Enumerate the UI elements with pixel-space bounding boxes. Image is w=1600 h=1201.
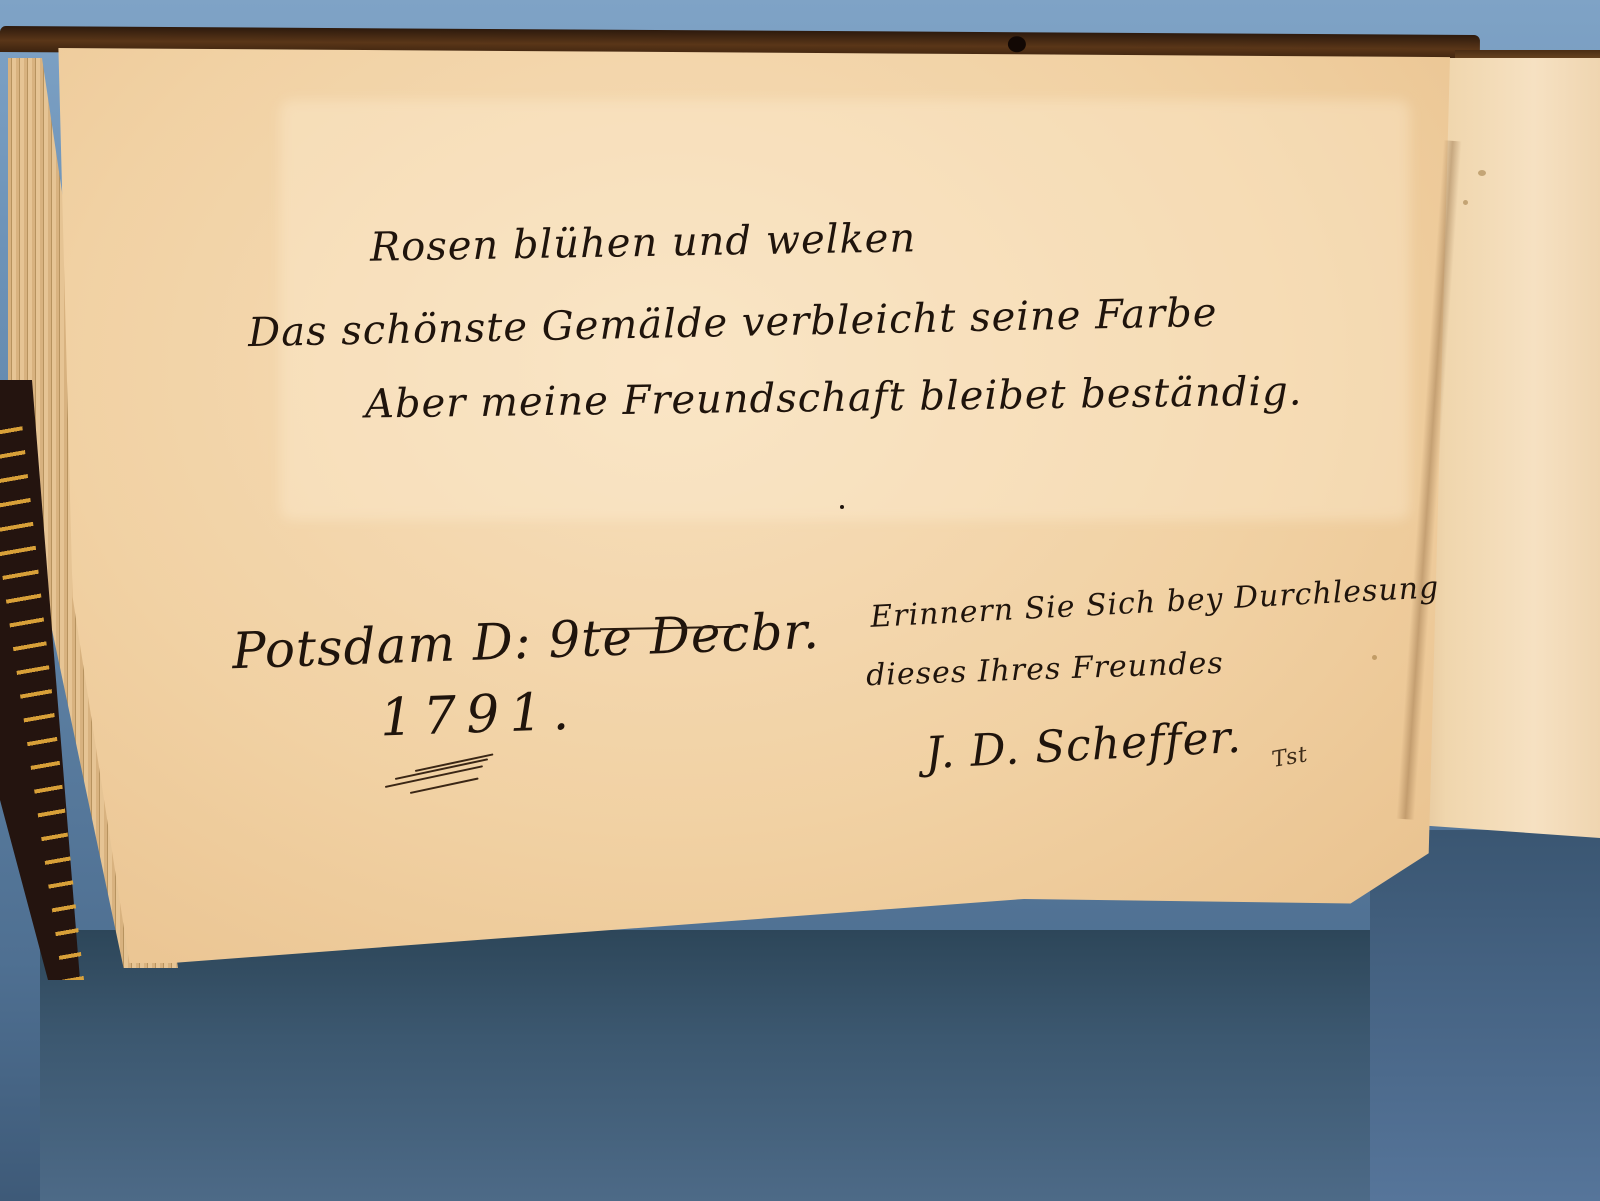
display-surface-shadow-right: [1370, 830, 1600, 1201]
flourish-strokes: [385, 760, 495, 800]
photo-scene: Rosen blühen und welken Das schönste Gem…: [0, 0, 1600, 1201]
verse-line-1: Rosen blühen und welken: [370, 215, 917, 271]
foxing-spot: [1372, 655, 1377, 660]
foxing-spot: [1463, 200, 1468, 205]
ink-dot: [840, 505, 844, 509]
year: 1791.: [379, 682, 580, 749]
display-surface-shadow: [40, 930, 1600, 1201]
foxing-spot: [1478, 170, 1486, 176]
